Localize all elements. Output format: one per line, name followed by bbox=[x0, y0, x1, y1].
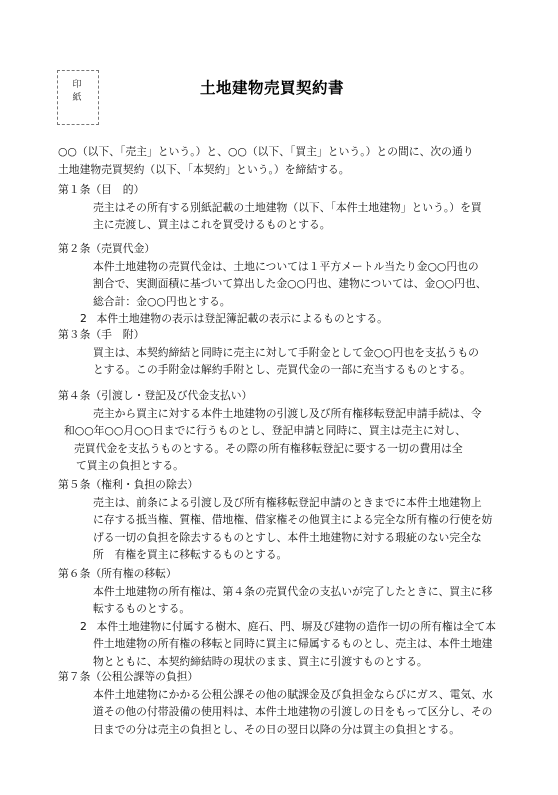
article-line: 本件土地建物の所有権は、第４条の売買代金の支払いが完了したときに、買主に移 bbox=[58, 583, 498, 601]
article-3: 第３条（手 附） 買主は、本契約締結と同時に売主に対して手附金として金○○円也を… bbox=[58, 326, 498, 379]
document-title: 土地建物売買契約書 bbox=[200, 76, 344, 98]
article-4: 第４条（引渡し・登記及び代金支払い） 売主から買主に対する本件土地建物の引渡し及… bbox=[58, 387, 498, 475]
subclause-text: 本件土地建物の表示は登記簿記載の表示によるものとする。 bbox=[96, 312, 388, 325]
article-line: 転するものとする。 bbox=[58, 600, 498, 618]
article-line: 売主から買主に対する本件土地建物の引渡し及び所有権移転登記申請手続は、令 bbox=[58, 405, 498, 423]
article-heading: 第６条（所有権の移転） bbox=[58, 565, 498, 583]
preamble: ○○（以下、「売主」という。）と、○○（以下、「買主」という。）との間に、次の通… bbox=[58, 143, 498, 178]
article-line: 本件土地建物の売買代金は、土地については１平方メートル当たり金○○円也の bbox=[58, 258, 498, 276]
article-7: 第７条（公租公課等の負担） 本件土地建物にかかる公租公課その他の賦課金及び負担金… bbox=[58, 668, 498, 738]
article-line: 買主は、本契約締結と同時に売主に対して手附金として金○○円也を支払うもの bbox=[58, 344, 498, 362]
article-1: 第１条（目 的） 売主はその所有する別紙記載の土地建物（以下、「本件土地建物」と… bbox=[58, 181, 498, 234]
article-line: 和○○年○○月○○日までに行うものとし、登記申請と同時に、買主は売主に対し、 bbox=[58, 422, 498, 440]
article-line: 売主は、前条による引渡し及び所有権移転登記申請のときまでに本件土地建物上 bbox=[58, 494, 498, 512]
article-line: て買主の負担とする。 bbox=[58, 457, 498, 475]
preamble-line: ○○（以下、「売主」という。）と、○○（以下、「買主」という。）との間に、次の通… bbox=[58, 143, 498, 161]
article-line: げる一切の負担を除去するものとすし、本件土地建物に対する瑕疵のない完全な bbox=[58, 529, 498, 547]
article-heading: 第１条（目 的） bbox=[58, 181, 498, 199]
article-line: 本件土地建物にかかる公租公課その他の賦課金及び負担金ならびにガス、電気、水 bbox=[58, 686, 498, 704]
article-heading: 第７条（公租公課等の負担） bbox=[58, 668, 498, 686]
article-line: 道その他の付帯設備の使用料は、本件土地建物の引渡しの日をもって区分し、その bbox=[58, 703, 498, 721]
article-line: に存する抵当権、質権、借地権、借家権その他買主による完全な所有権の行使を妨 bbox=[58, 511, 498, 529]
article-line: とする。この手附金は解約手附とし、売買代金の一部に充当するものとする。 bbox=[58, 361, 498, 379]
article-heading: 第２条（売買代金） bbox=[58, 240, 498, 258]
subclause-number: 2 bbox=[80, 618, 93, 636]
subclause-number: 2 bbox=[80, 310, 93, 328]
preamble-line: 土地建物売買契約（以下、「本契約」という。）を締結する。 bbox=[58, 161, 498, 179]
article-6: 第６条（所有権の移転） 本件土地建物の所有権は、第４条の売買代金の支払いが完了し… bbox=[58, 565, 498, 670]
revenue-stamp-box: 印 紙 bbox=[57, 70, 99, 125]
article-subclause: 2 本件土地建物に付属する樹木、庭石、門、塀及び建物の造作一切の所有権は全て本 bbox=[58, 618, 498, 636]
article-heading: 第３条（手 附） bbox=[58, 326, 498, 344]
article-heading: 第５条（権利・負担の除去） bbox=[58, 476, 498, 494]
article-subclause: 2 本件土地建物の表示は登記簿記載の表示によるものとする。 bbox=[58, 310, 498, 328]
stamp-label: 印 紙 bbox=[58, 77, 98, 103]
article-line: 総合計：金○○円也とする。 bbox=[58, 293, 498, 311]
article-line: 割合で、実測面積に基づいて算出した金○○円也、建物については、金○○円也、 bbox=[58, 275, 498, 293]
article-line: 件土地建物の所有権の移転と同時に買主に帰属するものとし、売主は、本件土地建 bbox=[58, 635, 498, 653]
article-line: 所 有権を買主に移転するものとする。 bbox=[58, 546, 498, 564]
subclause-text: 本件土地建物に付属する樹木、庭石、門、塀及び建物の造作一切の所有権は全て本 bbox=[96, 620, 495, 633]
article-line: 売主はその所有する別紙記載の土地建物（以下、「本件土地建物」という。）を買 bbox=[58, 199, 498, 217]
article-line: 売買代金を支払うものとする。その際の所有権移転登記に要する一切の費用は全 bbox=[58, 440, 498, 458]
article-line: 主に売渡し、買主はこれを買受けるものとする。 bbox=[58, 216, 498, 234]
article-2: 第２条（売買代金） 本件土地建物の売買代金は、土地については１平方メートル当たり… bbox=[58, 240, 498, 328]
article-line: 日までの分は売主の負担とし、その日の翌日以降の分は買主の負担とする。 bbox=[58, 721, 498, 739]
article-5: 第５条（権利・負担の除去） 売主は、前条による引渡し及び所有権移転登記申請のとき… bbox=[58, 476, 498, 564]
article-heading: 第４条（引渡し・登記及び代金支払い） bbox=[58, 387, 498, 405]
